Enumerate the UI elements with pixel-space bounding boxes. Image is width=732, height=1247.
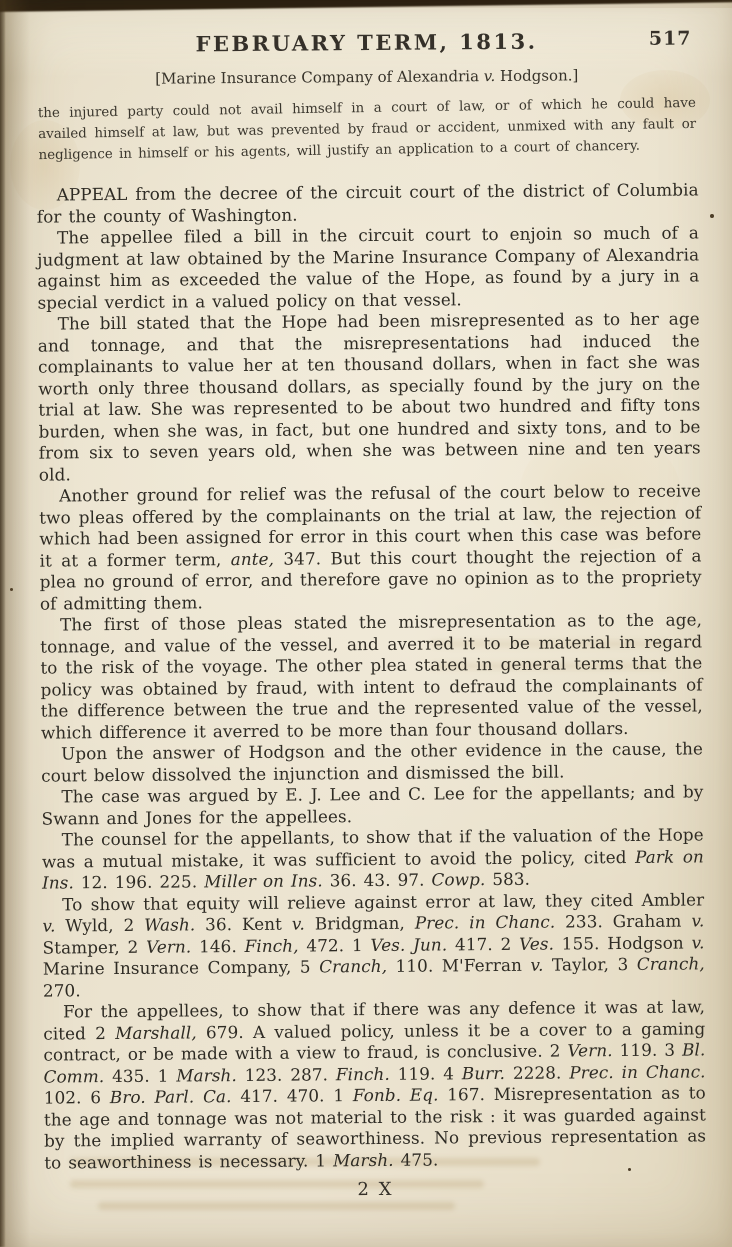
page-number: 517 [649, 27, 692, 49]
body-paragraph: For the appellees, to show that if there… [43, 996, 706, 1173]
term-title: FEBRUARY TERM, 1813. [195, 29, 537, 57]
case-caption: [Marine Insurance Company of Alexandria … [36, 65, 698, 88]
scanned-book-page: FEBRUARY TERM, 1813. 517 [Marine Insuran… [0, 0, 732, 1247]
scan-edge-left [0, 0, 5, 1247]
scan-edge-top [0, 0, 732, 12]
body-paragraph: Upon the answer of Hodgson and the other… [41, 738, 703, 786]
body-paragraph: Another ground for relief was the refusa… [39, 480, 702, 614]
ink-speck [710, 214, 714, 218]
headnote: the injured party could not avail himsel… [38, 93, 697, 166]
body-paragraph: The counsel for the appellants, to show … [42, 824, 704, 894]
body-paragraph: To show that equity will relieve against… [42, 889, 705, 1002]
body-paragraph: APPEAL from the decree of the circuit co… [37, 179, 699, 227]
body-paragraph: The case was argued by E. J. Lee and C. … [41, 781, 703, 829]
body-paragraph: The bill stated that the Hope had been m… [38, 308, 701, 485]
running-head: FEBRUARY TERM, 1813. 517 [35, 27, 697, 57]
body-paragraph: The appellee filed a bill in the circuit… [37, 222, 700, 313]
opinion-body: APPEAL from the decree of the circuit co… [37, 179, 707, 1173]
ink-speck [10, 588, 13, 591]
ink-speck [628, 1168, 631, 1171]
body-paragraph: The first of those pleas stated the misr… [40, 609, 703, 743]
page-content: FEBRUARY TERM, 1813. 517 [Marine Insuran… [35, 27, 706, 1202]
printer-signature-mark: 2 X [44, 1176, 706, 1202]
